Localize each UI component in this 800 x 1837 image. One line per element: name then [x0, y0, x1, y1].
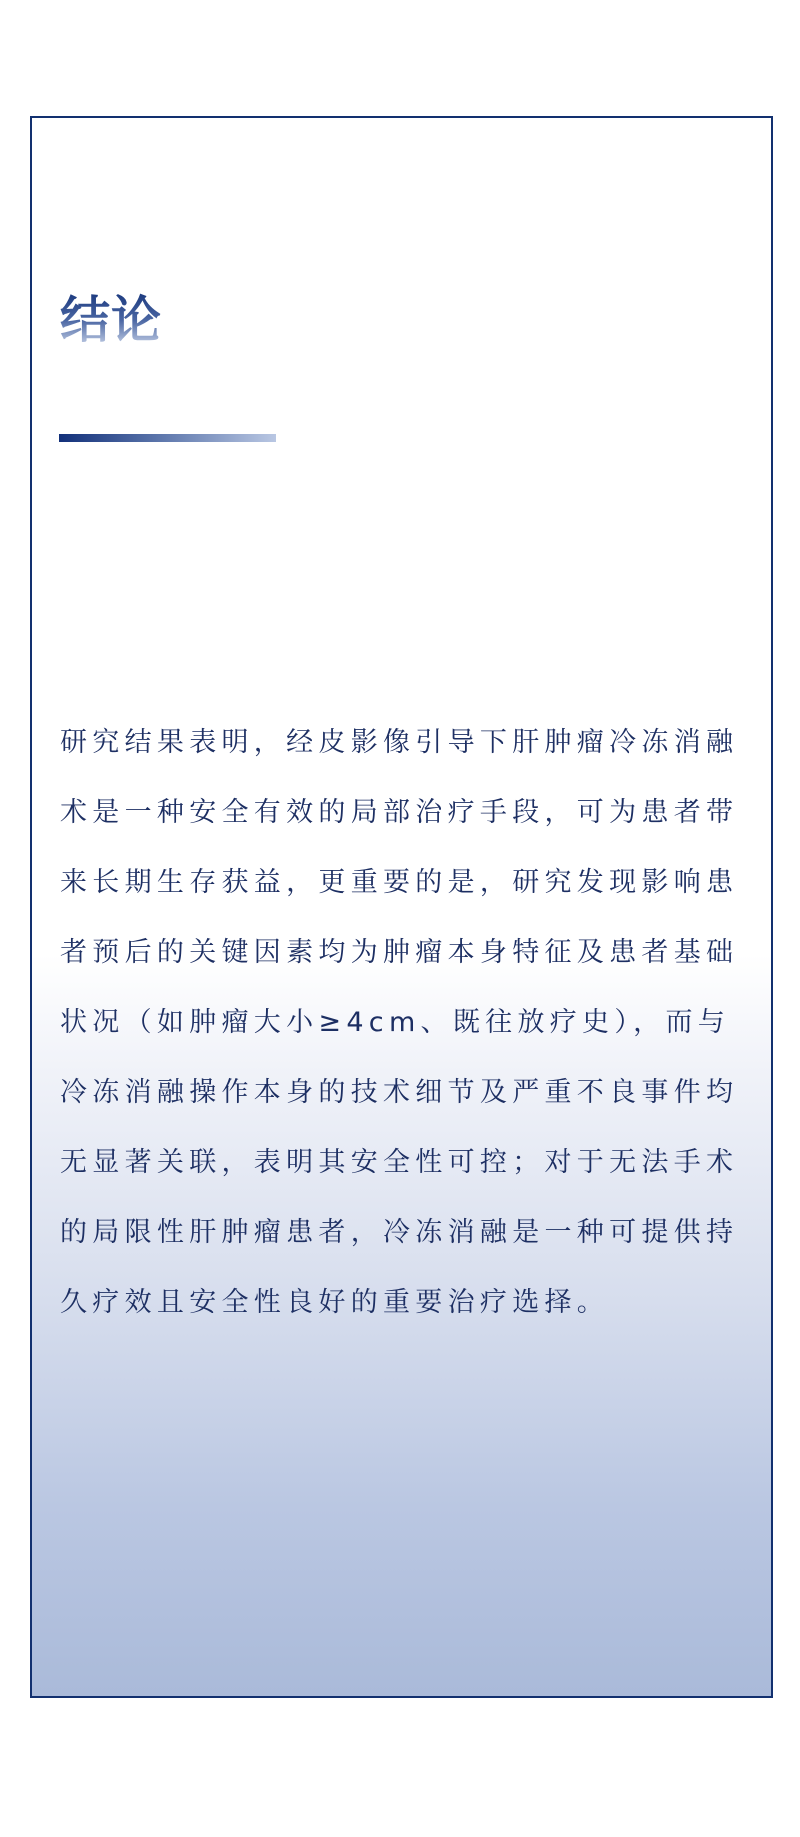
section-title: 结论: [60, 290, 162, 350]
paragraph-line: 久疗效且安全性良好的重要治疗选择。: [60, 1268, 750, 1338]
paragraph-line: 来长期生存获益，更重要的是，研究发现影响患: [60, 848, 750, 918]
paragraph-line: 状况（如肿瘤大小≥4cm、既往放疗史），而与: [60, 988, 750, 1058]
paragraph-line: 术是一种安全有效的局部治疗手段，可为患者带: [60, 778, 750, 848]
paragraph-line: 研究结果表明，经皮影像引导下肝肿瘤冷冻消融: [60, 708, 750, 778]
conclusion-paragraph: 研究结果表明，经皮影像引导下肝肿瘤冷冻消融 术是一种安全有效的局部治疗手段，可为…: [60, 708, 750, 1338]
paragraph-line: 者预后的关键因素均为肿瘤本身特征及患者基础: [60, 918, 750, 988]
paragraph-line: 无显著关联，表明其安全性可控；对于无法手术: [60, 1128, 750, 1198]
title-underline-bar: [59, 434, 276, 442]
conclusion-card: 结论 研究结果表明，经皮影像引导下肝肿瘤冷冻消融 术是一种安全有效的局部治疗手段…: [30, 116, 773, 1698]
paragraph-line: 冷冻消融操作本身的技术细节及严重不良事件均: [60, 1058, 750, 1128]
paragraph-line: 的局限性肝肿瘤患者，冷冻消融是一种可提供持: [60, 1198, 750, 1268]
